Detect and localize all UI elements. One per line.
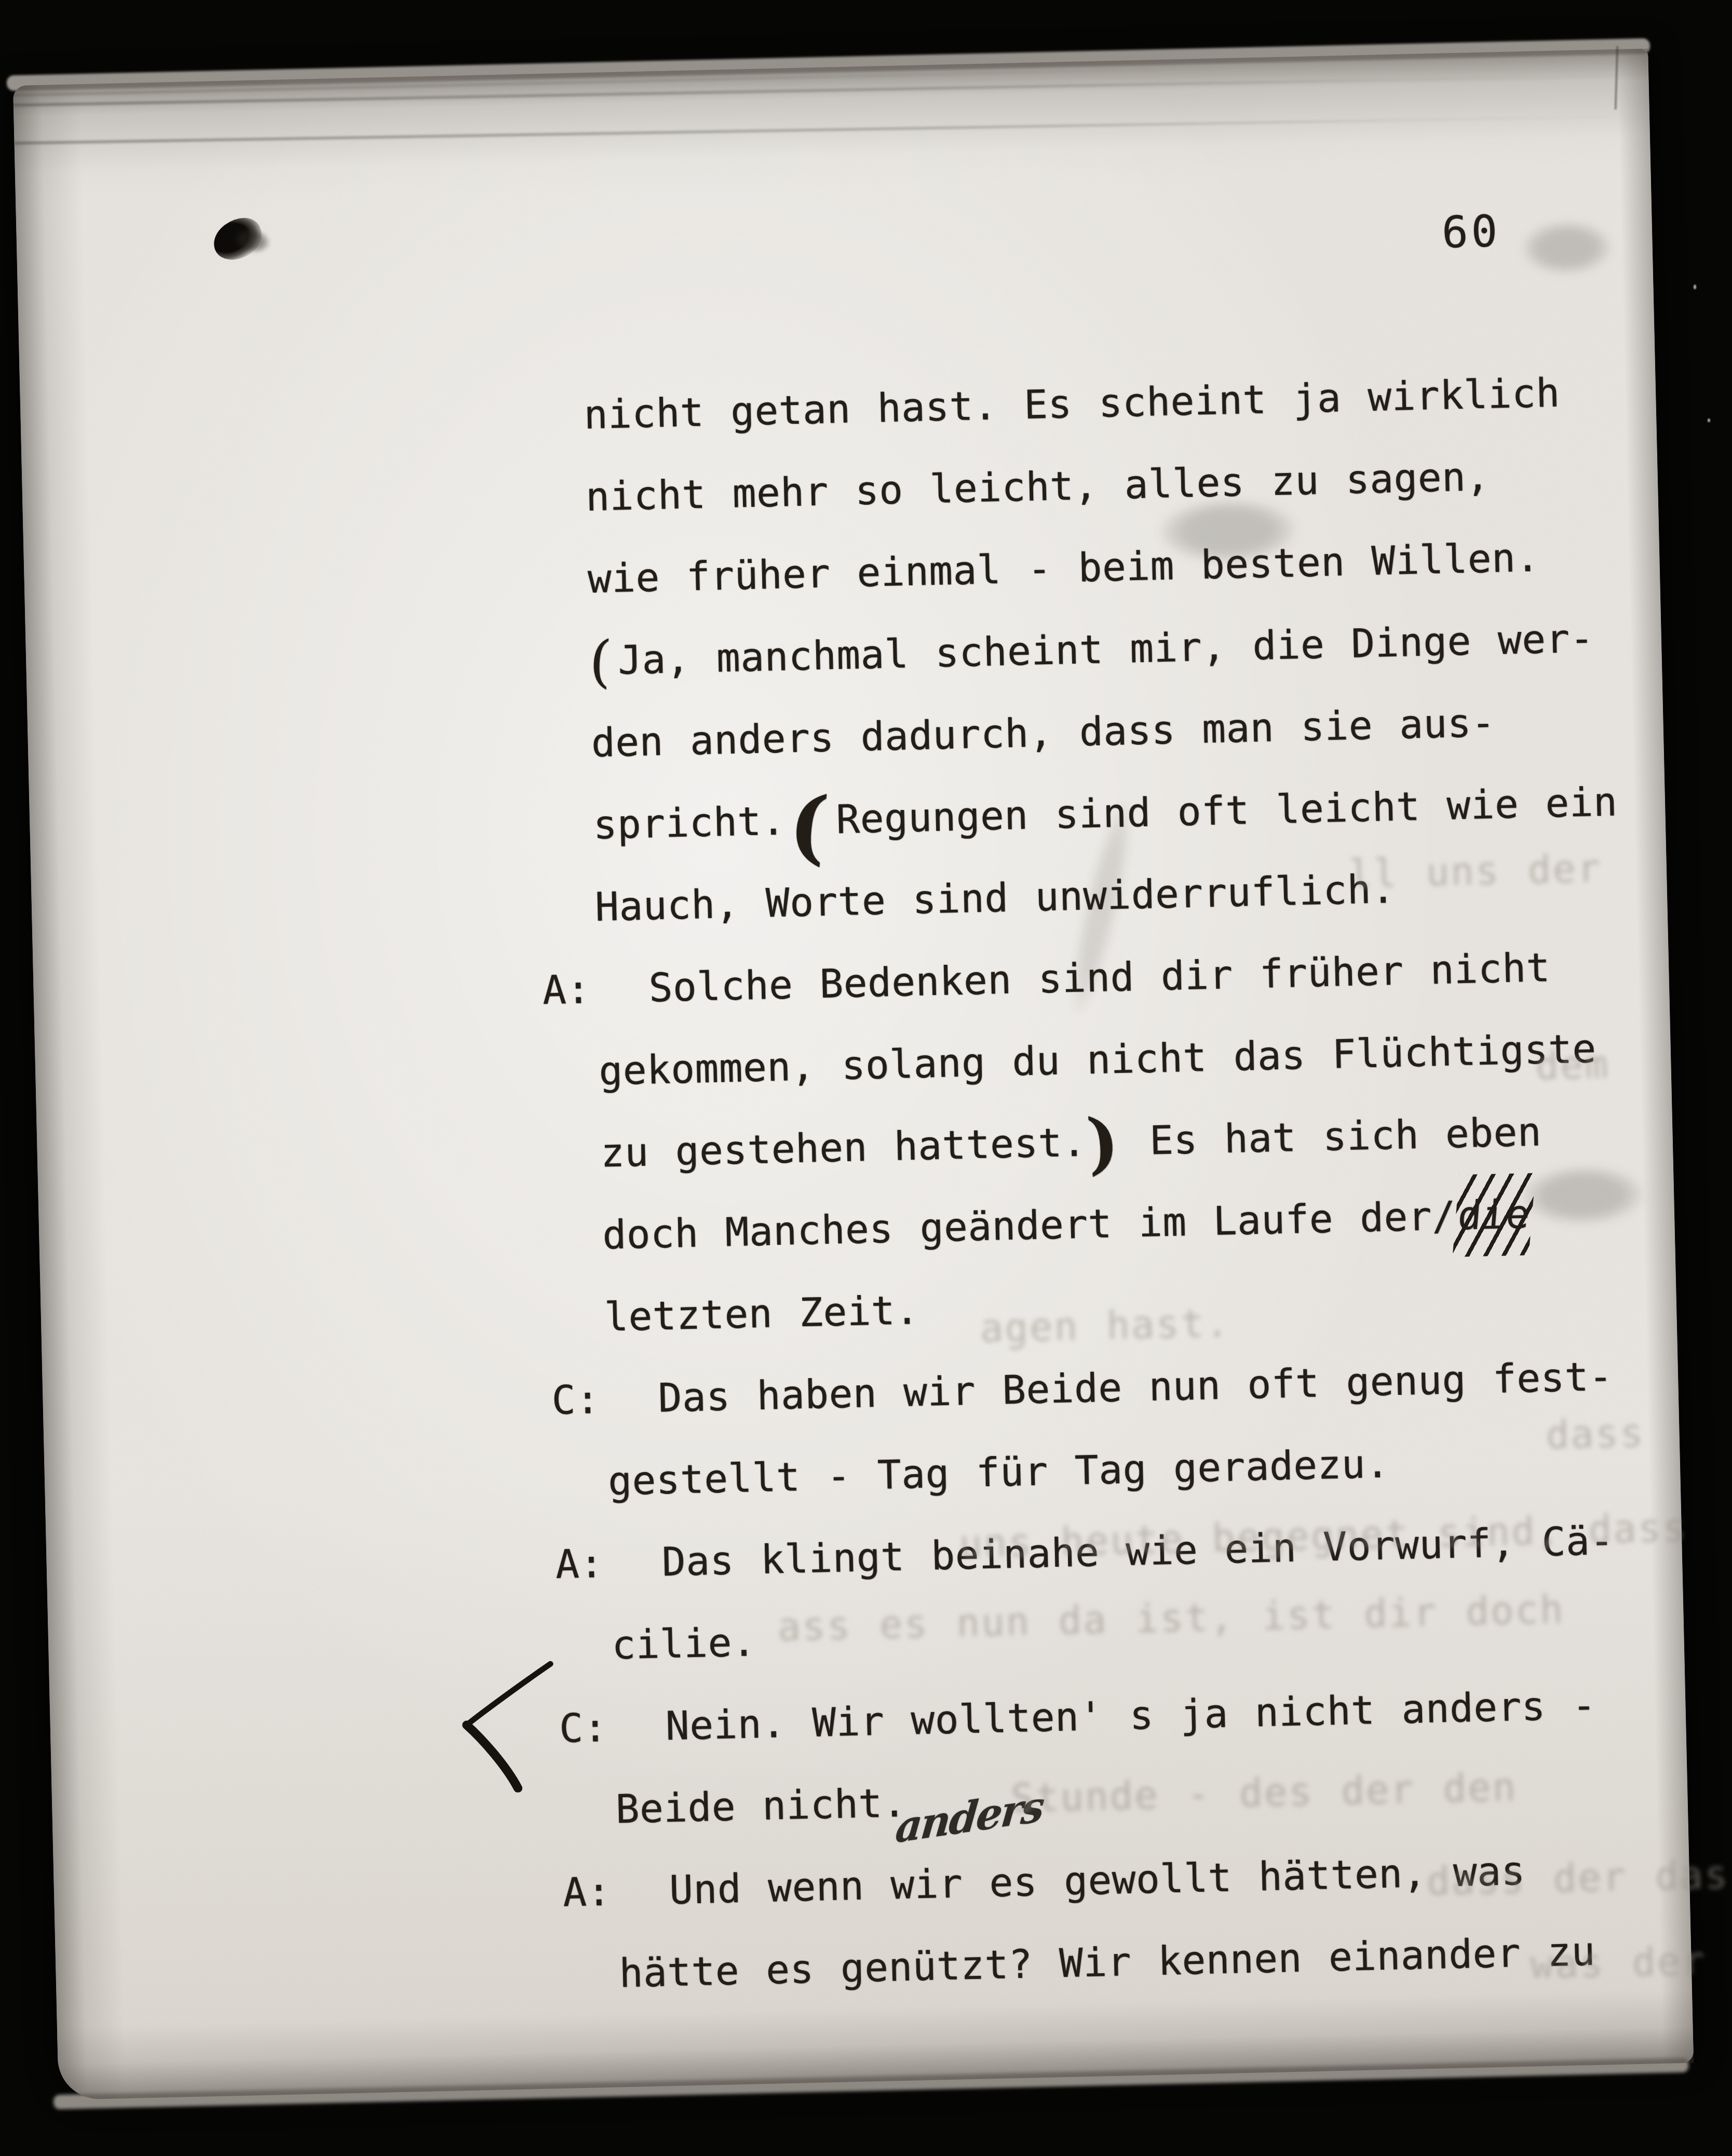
page-top-shadow xyxy=(13,49,1650,174)
ghost-text: dass der das xyxy=(1426,1853,1729,1904)
photographed-manuscript: { "scan": { "page_number": "60", "colors… xyxy=(0,0,1732,2156)
text-block: nicht getan hast. Es scheint ja wirklich… xyxy=(583,351,1644,2014)
smudge xyxy=(1522,221,1612,275)
typed-text: gekommen, solang du nicht das Flüchtigst… xyxy=(598,1025,1596,1094)
typed-text: nicht getan hast. Es scheint ja wirklich xyxy=(584,370,1561,438)
typed-text: gestellt - Tag für Tag geradezu. xyxy=(607,1440,1390,1504)
dust-speck xyxy=(1694,285,1696,289)
ghost-text: dem xyxy=(1535,1043,1611,1089)
typed-text: Hauch, Worte sind unwiderruflich. xyxy=(594,866,1396,930)
typed-text: Und wenn wir es gewollt hätten, was xyxy=(669,1848,1526,1913)
typed-text: Solche Bedenken sind dir früher nicht xyxy=(648,944,1551,1010)
ghost-text: ll uns der xyxy=(1348,846,1602,897)
typed-text: den anders dadurch, dass man sie aus- xyxy=(591,699,1496,766)
speaker-label: A: xyxy=(542,948,591,1031)
typed-text: spricht. xyxy=(593,798,786,848)
typed-text: nicht mehr so leicht, alles zu sagen, xyxy=(585,453,1490,520)
ghost-text: agen hast. xyxy=(980,1301,1230,1351)
typed-text: hätte es genützt? Wir kennen einander zu xyxy=(619,1928,1596,1997)
page-left-shadow xyxy=(13,84,126,2100)
speaker-label: C: xyxy=(558,1687,608,1770)
typed-text: Es hat sich eben xyxy=(1122,1109,1542,1164)
dust-speck xyxy=(1708,419,1710,422)
manuscript-page: 60 nicht getan hast. Es scheint ja wirkl… xyxy=(13,49,1694,2100)
ghost-text: was der xyxy=(1530,1939,1707,1988)
margin-angle-mark xyxy=(454,1656,561,1794)
speaker-label: A: xyxy=(562,1851,612,1934)
typed-text: wie früher einmal - beim besten Willen. xyxy=(587,534,1540,602)
typed-text: Beide nicht. xyxy=(615,1780,907,1832)
typed-text: letzten Zeit. xyxy=(604,1287,919,1340)
speaker-label: C: xyxy=(551,1358,601,1441)
typed-text: Das haben wir Beide nun oft genug fest- xyxy=(658,1353,1614,1421)
drawn-parenthesis: ) xyxy=(1087,1142,1119,1144)
typed-text: Nein. Wir wollten' s ja nicht anders - xyxy=(665,1682,1596,1749)
drawn-parenthesis: ( xyxy=(589,662,612,663)
typed-text: cilie. xyxy=(611,1619,756,1668)
typed-text: Ja, manchmal scheint mir, die Dinge wer- xyxy=(617,615,1594,683)
ink-blot xyxy=(208,212,267,265)
typed-text: Regungen sind oft leicht wie ein xyxy=(835,778,1618,842)
drawn-parenthesis: ( xyxy=(790,824,828,827)
ghost-text: dass xyxy=(1546,1411,1645,1458)
page-number: 60 xyxy=(1441,206,1501,258)
speaker-label: A: xyxy=(554,1522,604,1606)
typed-text: doch Manches geändert im Laufe der/ xyxy=(602,1193,1456,1258)
typed-text: zu gestehen hattest. xyxy=(600,1119,1087,1176)
struck-out-text: die xyxy=(1453,1173,1536,1257)
